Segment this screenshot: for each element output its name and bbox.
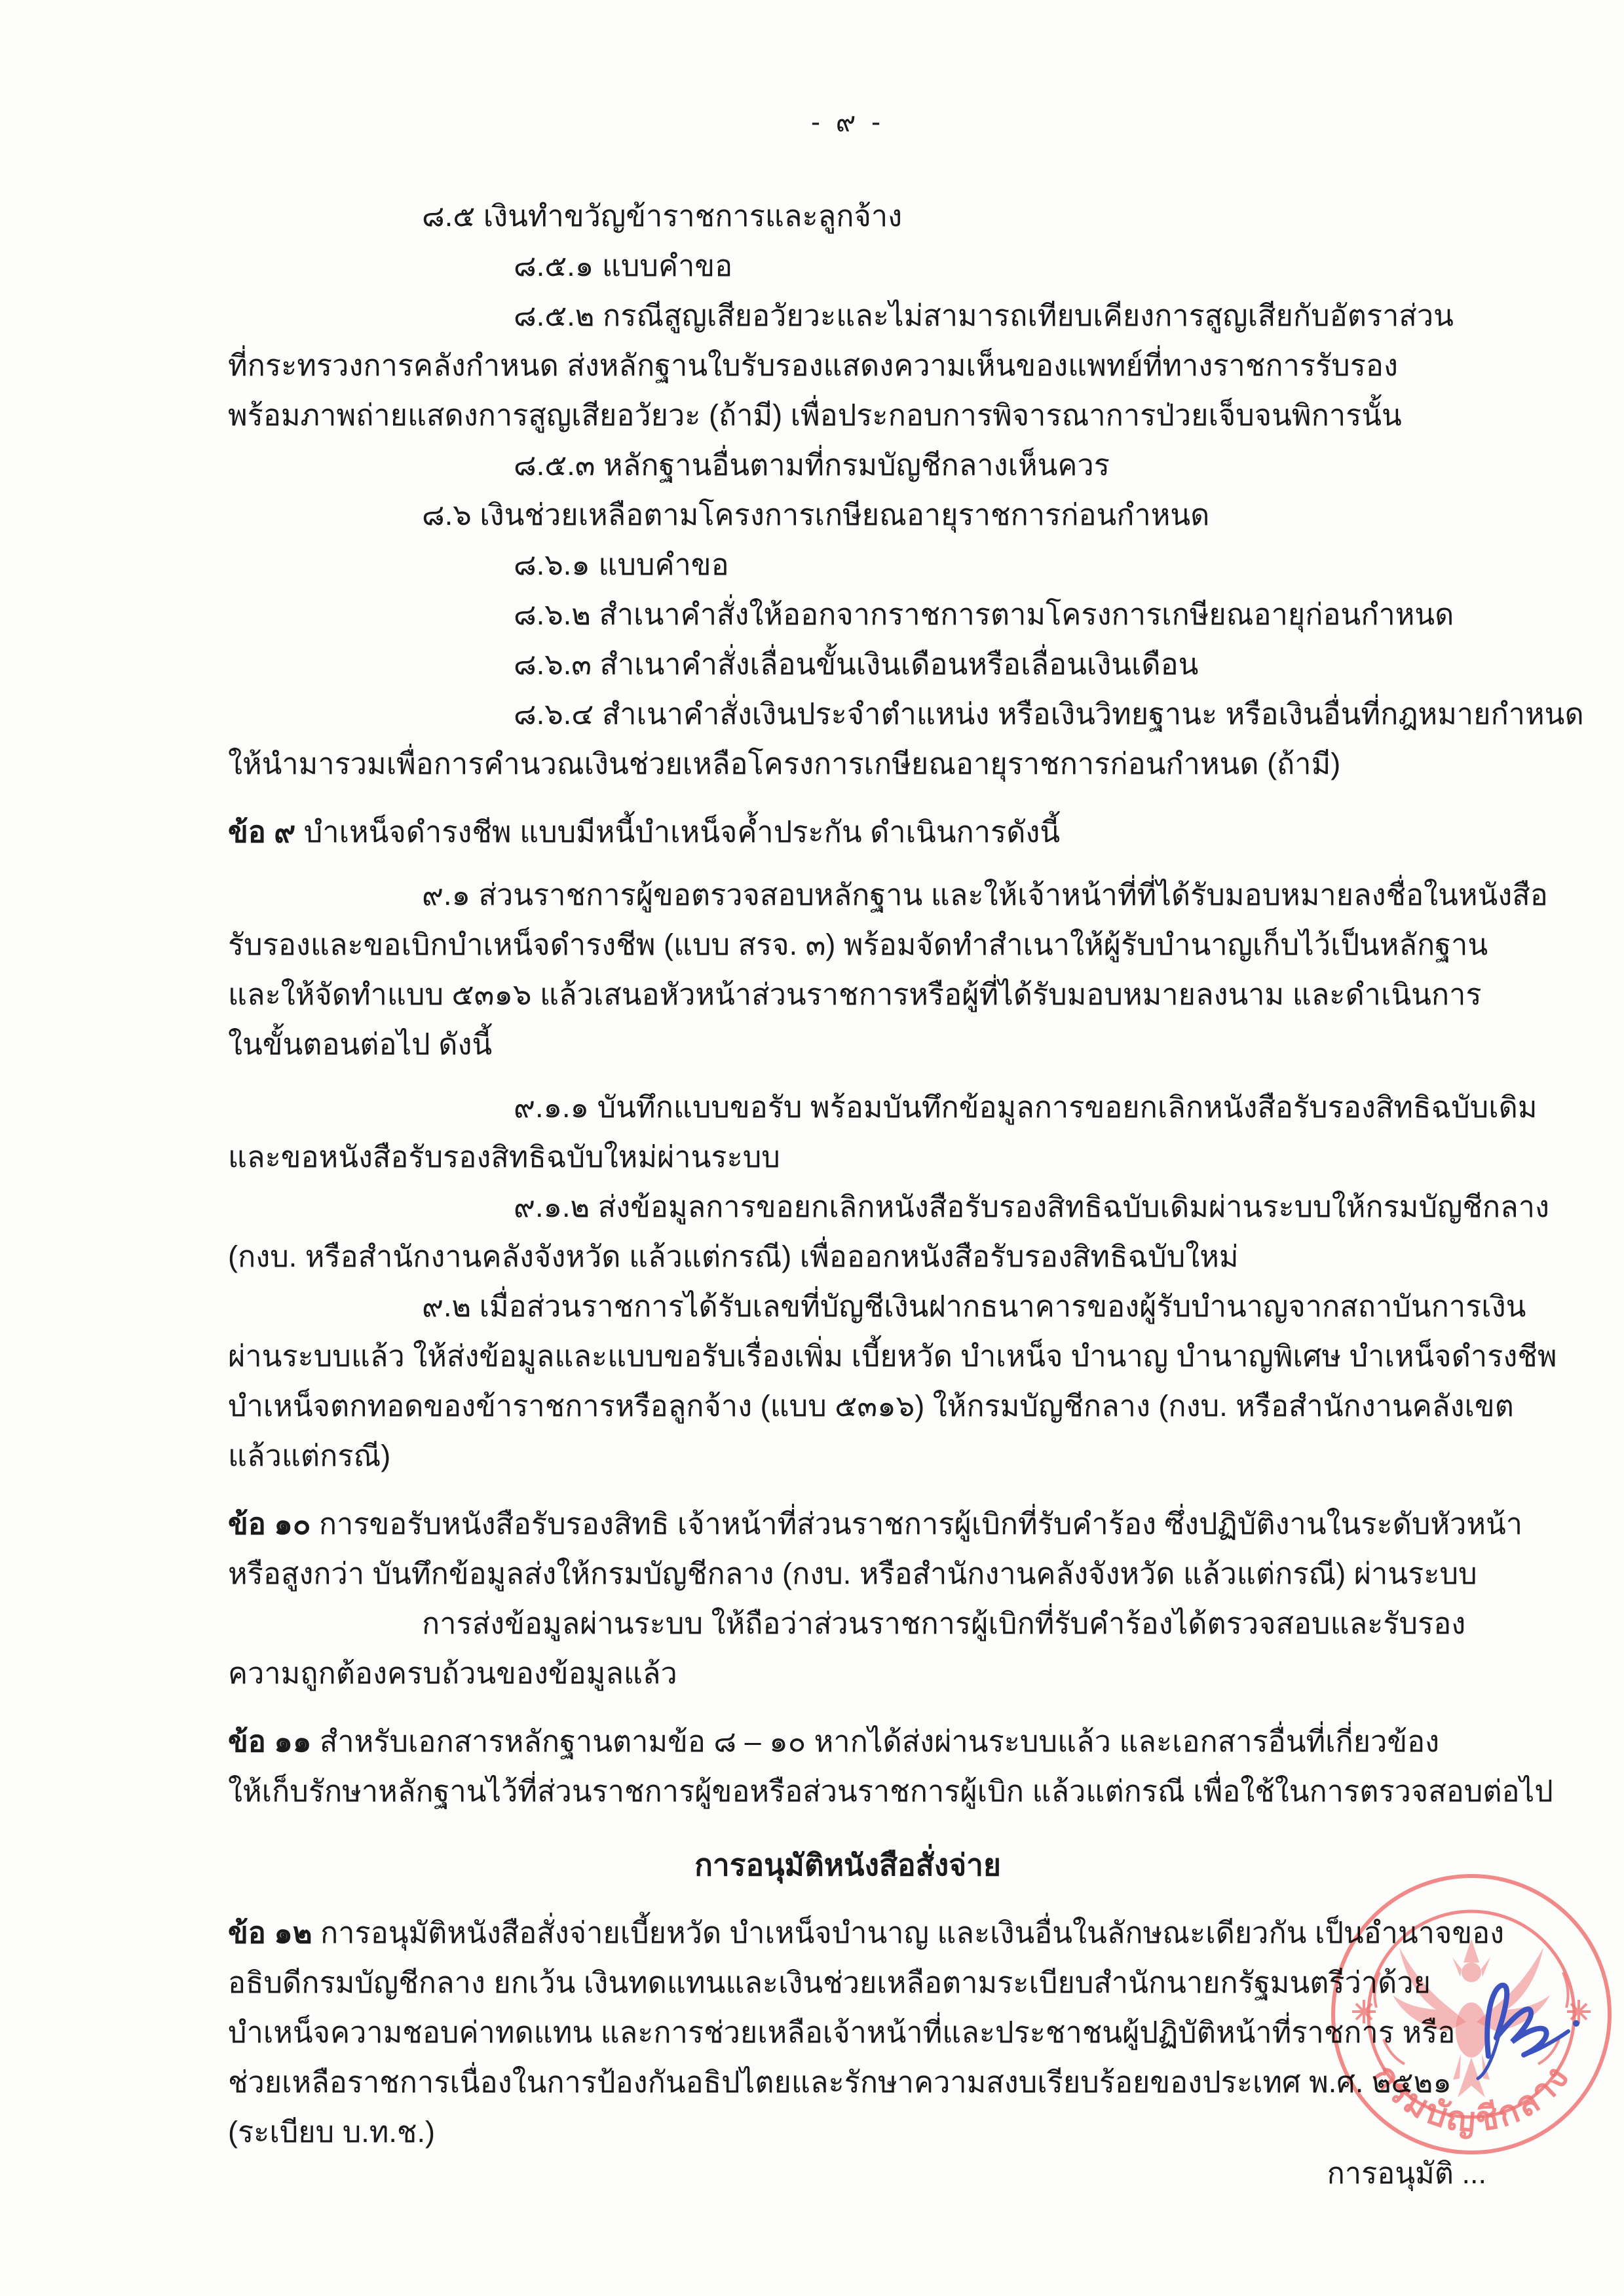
text-line: ในขั้นตอนต่อไป ดังนี้: [228, 1020, 1467, 1069]
text-line: (ระเบียบ บ.ท.ช.): [228, 2107, 1467, 2157]
text-line: ๘.๕.๑ แบบคำขอ: [514, 241, 1467, 291]
line-text: และขอหนังสือรับรองสิทธิฉบับใหม่ผ่านระบบ: [228, 1140, 780, 1174]
line-text: ๙.๑ ส่วนราชการผู้ขอตรวจสอบหลักฐาน และให้…: [422, 878, 1548, 911]
line-text: ๘.๖.๒ สำเนาคำสั่งให้ออกจากราชการตามโครงก…: [514, 598, 1454, 631]
text-line: ๘.๖.๓ สำเนาคำสั่งเลื่อนขั้นเงินเดือนหรือ…: [514, 640, 1467, 689]
line-text: รับรองและขอเบิกบำเหน็จดำรงชีพ (แบบ สรจ. …: [228, 928, 1488, 961]
line-text: และให้จัดทำแบบ ๕๓๑๖ แล้วเสนอหัวหน้าส่วนร…: [228, 978, 1482, 1011]
text-line: รับรองและขอเบิกบำเหน็จดำรงชีพ (แบบ สรจ. …: [228, 920, 1467, 970]
text-line: ๙.๑.๒ ส่งข้อมูลการขอยกเลิกหนังสือรับรองส…: [514, 1182, 1467, 1232]
text-line: ข้อ ๙ บำเหน็จดำรงชีพ แบบมีหนี้บำเหน็จค้ำ…: [228, 807, 1467, 857]
text-line: ให้นำมารวมเพื่อการคำนวณเงินช่วยเหลือโครง…: [228, 739, 1467, 789]
text-line: ข้อ ๑๑ สำหรับเอกสารหลักฐานตามข้อ ๘ – ๑๐ …: [228, 1717, 1467, 1767]
text-line: ให้เก็บรักษาหลักฐานไว้ที่ส่วนราชการผู้ขอ…: [228, 1767, 1467, 1816]
line-text: ๘.๕.๒ กรณีสูญเสียอวัยวะและไม่สามารถเทียบ…: [514, 299, 1454, 332]
text-line: ๘.๕ เงินทำขวัญข้าราชการและลูกจ้าง: [422, 191, 1467, 241]
line-text: ๘.๕.๑ แบบคำขอ: [514, 249, 732, 282]
text-line: บำเหน็จความชอบค่าทดแทน และการช่วยเหลือเจ…: [228, 2008, 1467, 2057]
clause-number: ข้อ ๙: [228, 815, 295, 849]
line-text: การอนุมัติหนังสือสั่งจ่าย: [694, 1848, 1001, 1882]
text-line: ๘.๕.๓ หลักฐานอื่นตามที่กรมบัญชีกลางเห็นค…: [514, 440, 1467, 490]
line-text: หรือสูงกว่า บันทึกข้อมูลส่งให้กรมบัญชีกล…: [228, 1557, 1477, 1590]
document-content: - ๙ - ๘.๕ เงินทำขวัญข้าราชการและลูกจ้าง๘…: [228, 0, 1467, 2157]
text-line: บำเหน็จตกทอดของข้าราชการหรือลูกจ้าง (แบบ…: [228, 1381, 1467, 1431]
text-line: ๙.๒ เมื่อส่วนราชการได้รับเลขที่บัญชีเงิน…: [422, 1282, 1467, 1331]
text-line: ๙.๑.๑ บันทึกแบบขอรับ พร้อมบันทึกข้อมูลกา…: [514, 1082, 1467, 1132]
text-line: ผ่านระบบแล้ว ให้ส่งข้อมูลและแบบขอรับเรื่…: [228, 1331, 1467, 1381]
line-text: ผ่านระบบแล้ว ให้ส่งข้อมูลและแบบขอรับเรื่…: [228, 1339, 1557, 1373]
document-page: - ๙ - ๘.๕ เงินทำขวัญข้าราชการและลูกจ้าง๘…: [0, 0, 1624, 2296]
text-line: ๘.๖.๔ สำเนาคำสั่งเงินประจำตำแหน่ง หรือเง…: [514, 689, 1467, 739]
text-line: ข้อ ๑๐ การขอรับหนังสือรับรองสิทธิ เจ้าหน…: [228, 1499, 1467, 1549]
text-line: ๘.๖.๒ สำเนาคำสั่งให้ออกจากราชการตามโครงก…: [514, 590, 1467, 640]
line-text: ๙.๒ เมื่อส่วนราชการได้รับเลขที่บัญชีเงิน…: [422, 1290, 1526, 1323]
line-text: บำเหน็จตกทอดของข้าราชการหรือลูกจ้าง (แบบ…: [228, 1389, 1514, 1423]
page-number: - ๙ -: [228, 102, 1467, 142]
text-line: ๘.๖.๑ แบบคำขอ: [514, 540, 1467, 590]
text-line: อธิบดีกรมบัญชีกลาง ยกเว้น เงินทดแทนและเง…: [228, 1958, 1467, 2008]
text-line: ๘.๕.๒ กรณีสูญเสียอวัยวะและไม่สามารถเทียบ…: [514, 291, 1467, 341]
line-text: ๘.๕ เงินทำขวัญข้าราชการและลูกจ้าง: [422, 199, 902, 233]
text-line: ข้อ ๑๒ การอนุมัติหนังสือสั่งจ่ายเบี้ยหวั…: [228, 1908, 1467, 1958]
text-line: และขอหนังสือรับรองสิทธิฉบับใหม่ผ่านระบบ: [228, 1132, 1467, 1182]
section-heading: การอนุมัติหนังสือสั่งจ่าย: [228, 1840, 1467, 1890]
clause-number: ข้อ ๑๑: [228, 1725, 311, 1758]
line-text: ๙.๑.๒ ส่งข้อมูลการขอยกเลิกหนังสือรับรองส…: [514, 1190, 1549, 1223]
line-text: ๘.๕.๓ หลักฐานอื่นตามที่กรมบัญชีกลางเห็นค…: [514, 448, 1110, 482]
line-text: ความถูกต้องครบถ้วนของข้อมูลแล้ว: [228, 1656, 677, 1690]
footer-catchword: การอนุมัติ ...: [1327, 2149, 1486, 2196]
line-text: ให้นำมารวมเพื่อการคำนวณเงินช่วยเหลือโครง…: [228, 747, 1340, 780]
line-text: ๙.๑.๑ บันทึกแบบขอรับ พร้อมบันทึกข้อมูลกา…: [514, 1090, 1538, 1124]
line-text: ให้เก็บรักษาหลักฐานไว้ที่ส่วนราชการผู้ขอ…: [228, 1774, 1553, 1808]
line-text: ๘.๖.๓ สำเนาคำสั่งเลื่อนขั้นเงินเดือนหรือ…: [514, 647, 1198, 681]
line-text: สำหรับเอกสารหลักฐานตามข้อ ๘ – ๑๐ หากได้ส…: [311, 1725, 1439, 1758]
text-line: หรือสูงกว่า บันทึกข้อมูลส่งให้กรมบัญชีกล…: [228, 1549, 1467, 1599]
line-text: (ระเบียบ บ.ท.ช.): [228, 2115, 435, 2149]
handwritten-signature: [1478, 1985, 1579, 2078]
line-text: ๘.๖ เงินช่วยเหลือตามโครงการเกษียณอายุราช…: [422, 498, 1209, 531]
line-text: อธิบดีกรมบัญชีกลาง ยกเว้น เงินทดแทนและเง…: [228, 1966, 1431, 1999]
text-line: (กงบ. หรือสำนักงานคลังจังหวัด แล้วแต่กรณ…: [228, 1232, 1467, 1282]
document-lines: ๘.๕ เงินทำขวัญข้าราชการและลูกจ้าง๘.๕.๑ แ…: [228, 191, 1467, 2157]
line-text: ในขั้นตอนต่อไป ดังนี้: [228, 1027, 492, 1061]
line-text: การส่งข้อมูลผ่านระบบ ให้ถือว่าส่วนราชการ…: [422, 1607, 1465, 1640]
line-text: การอนุมัติหนังสือสั่งจ่ายเบี้ยหวัด บำเหน…: [312, 1916, 1505, 1949]
line-text: ๘.๖.๑ แบบคำขอ: [514, 548, 729, 581]
line-text: ๘.๖.๔ สำเนาคำสั่งเงินประจำตำแหน่ง หรือเง…: [514, 697, 1584, 731]
text-line: ๘.๖ เงินช่วยเหลือตามโครงการเกษียณอายุราช…: [422, 490, 1467, 540]
text-line: ช่วยเหลือราชการเนื่องในการป้องกันอธิปไตย…: [228, 2057, 1467, 2107]
line-text: แล้วแต่กรณี): [228, 1439, 390, 1472]
line-text: พร้อมภาพถ่ายแสดงการสูญเสียอวัยวะ (ถ้ามี)…: [228, 398, 1402, 432]
line-text: การขอรับหนังสือรับรองสิทธิ เจ้าหน้าที่ส่…: [311, 1507, 1522, 1540]
text-line: แล้วแต่กรณี): [228, 1431, 1467, 1481]
line-text: บำเหน็จความชอบค่าทดแทน และการช่วยเหลือเจ…: [228, 2016, 1455, 2049]
text-line: และให้จัดทำแบบ ๕๓๑๖ แล้วเสนอหัวหน้าส่วนร…: [228, 970, 1467, 1020]
text-line: ที่กระทรวงการคลังกำหนด ส่งหลักฐานใบรับรอ…: [228, 341, 1467, 391]
text-line: ๙.๑ ส่วนราชการผู้ขอตรวจสอบหลักฐาน และให้…: [422, 870, 1467, 920]
line-text: ที่กระทรวงการคลังกำหนด ส่งหลักฐานใบรับรอ…: [228, 349, 1398, 382]
line-text: ช่วยเหลือราชการเนื่องในการป้องกันอธิปไตย…: [228, 2065, 1452, 2099]
clause-number: ข้อ ๑๒: [228, 1916, 312, 1949]
text-line: การส่งข้อมูลผ่านระบบ ให้ถือว่าส่วนราชการ…: [422, 1599, 1467, 1649]
text-line: พร้อมภาพถ่ายแสดงการสูญเสียอวัยวะ (ถ้ามี)…: [228, 391, 1467, 440]
line-text: บำเหน็จดำรงชีพ แบบมีหนี้บำเหน็จค้ำประกัน…: [295, 815, 1060, 849]
text-line: ความถูกต้องครบถ้วนของข้อมูลแล้ว: [228, 1649, 1467, 1698]
clause-number: ข้อ ๑๐: [228, 1507, 311, 1540]
line-text: (กงบ. หรือสำนักงานคลังจังหวัด แล้วแต่กรณ…: [228, 1240, 1239, 1273]
